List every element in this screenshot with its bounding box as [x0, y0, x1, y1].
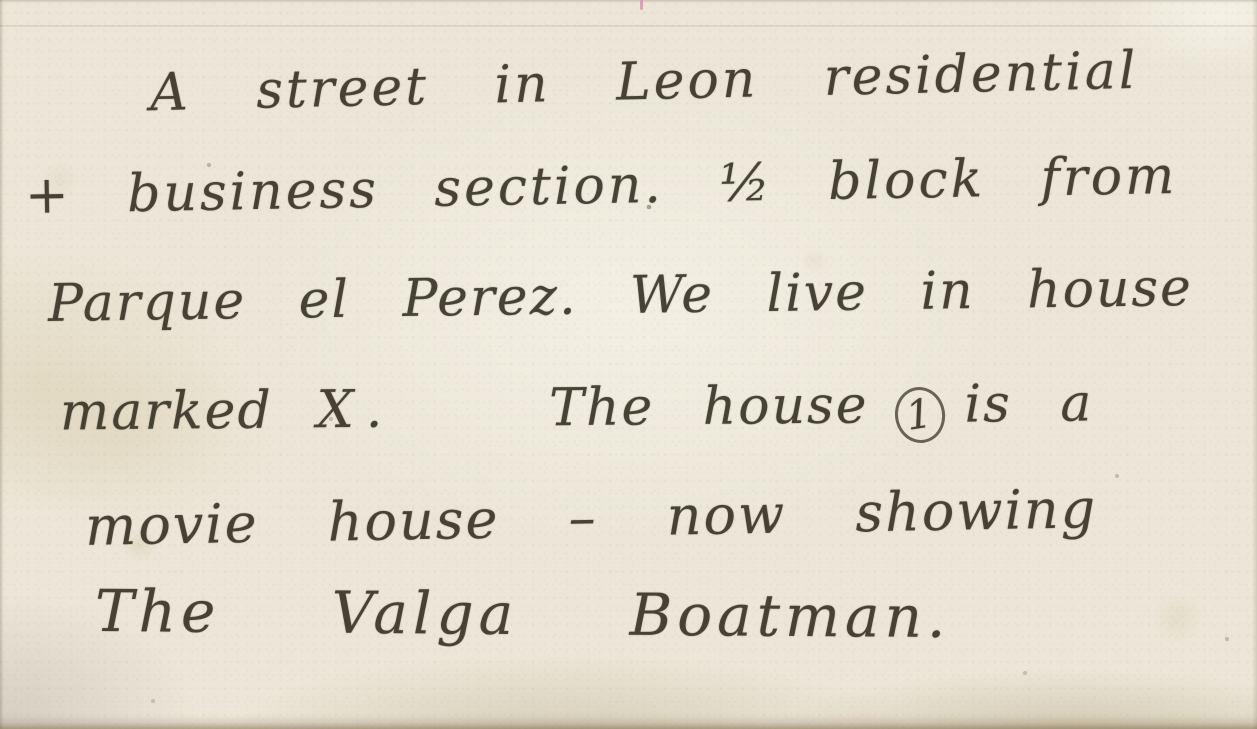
paper-speckles [0, 0, 2, 2]
paper-left-edge-shadow [0, 0, 4, 729]
handwriting-line-6: The Valga Boatman. [95, 577, 951, 651]
postcard-back-paper: A street in Leon residential + business … [0, 0, 1257, 729]
handwriting-line-2: + business section. ½ block from [25, 146, 1178, 226]
paper-right-edge-shadow [1252, 0, 1257, 729]
period-mark: . [365, 380, 384, 440]
x-mark: X [316, 380, 356, 440]
phrase-the-house: The house [549, 375, 869, 438]
handwriting-line-4: markedX.The house1is a [60, 373, 1094, 450]
phrase-is-a: is a [964, 373, 1093, 434]
paper-bottom-edge-shadow [0, 715, 1257, 729]
handwriting-line-5: movie house – now showing [85, 477, 1098, 558]
pink-pencil-tick [640, 0, 643, 10]
word-marked: marked [60, 381, 273, 443]
paper-top-crease [0, 25, 1257, 27]
handwriting-line-3: Parque el Perez. We live in house [48, 258, 1194, 334]
handwriting-line-1: A street in Leon residential [149, 41, 1139, 123]
circled-number-1: 1 [891, 384, 949, 447]
paper-top-edge-shadow [0, 0, 1257, 3]
